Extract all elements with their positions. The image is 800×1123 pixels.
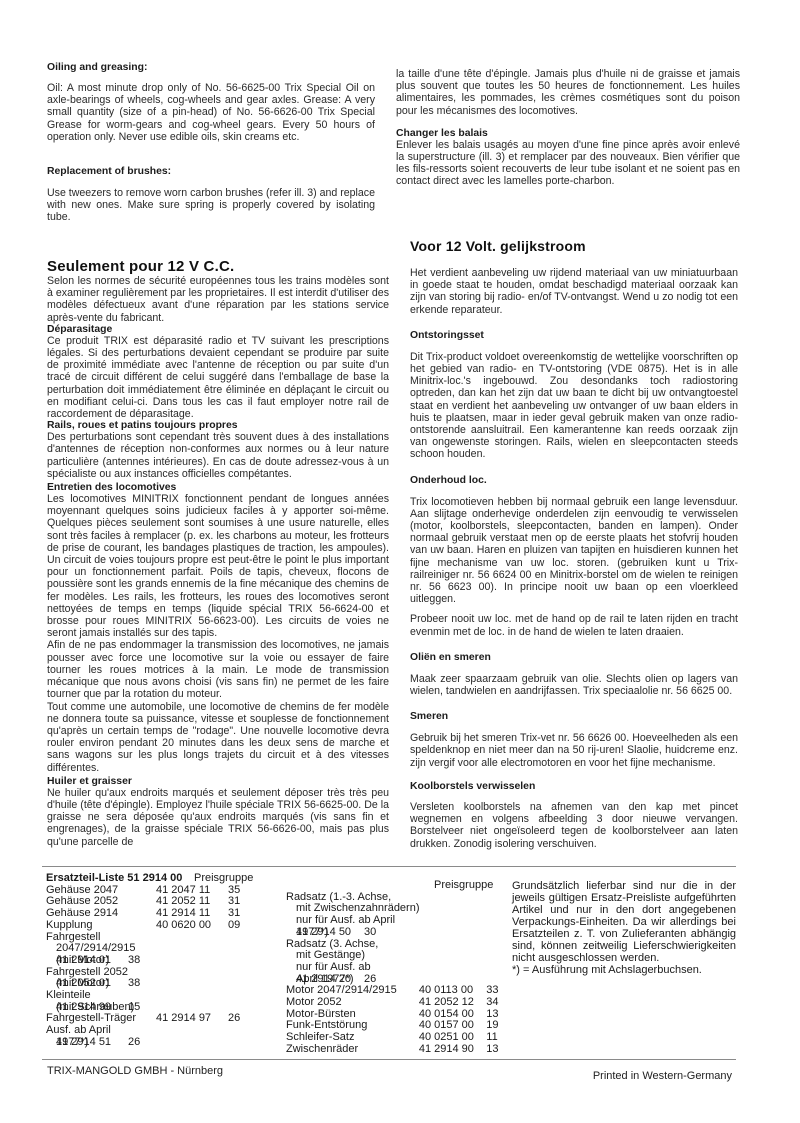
huiler-continuation-text: la taille d'une tête d'épingle. Jamais p… (396, 68, 740, 117)
part-name: Kupplung (46, 920, 156, 932)
dutch-title: Voor 12 Volt. gelijkstroom (410, 238, 738, 254)
parts-table-row: Ausf. ab April1977*)41 2914 5126 (46, 1025, 276, 1048)
part-name-continued: 1977*) (46, 1037, 56, 1049)
entretien-text-1: Les locomotives MINITRIX fonctionnent pe… (47, 493, 389, 639)
part-number: 41 2052 12 (419, 997, 482, 1009)
parts-footnote: *) = Ausführung mit Achslagerbuchsen. (512, 964, 736, 976)
entretien-text-2: Afin de ne pas endommager la transmissio… (47, 639, 389, 700)
dutch-intro: Het verdient aanbeveling uw rijdend mate… (410, 267, 738, 316)
part-name: Motor 2052 (286, 997, 419, 1009)
balais-heading: Changer les balais (396, 128, 740, 139)
olien-text: Maak zeer spaarzaam gebruik van olie. Sl… (410, 673, 738, 697)
brushes-heading: Replacement of brushes: (47, 166, 375, 177)
koolborstels-text: Versleten koolborstels na afnemen van de… (410, 801, 738, 850)
footer-company: TRIX-MANGOLD GMBH - Nürnberg (47, 1065, 223, 1077)
brushes-text: Use tweezers to remove worn carbon brush… (47, 187, 375, 224)
parts-table-row: Zwischenräder41 2914 9013 (286, 1044, 516, 1056)
part-name-continued: (mit Motor) (46, 955, 56, 967)
price-group: 13 (482, 1044, 516, 1056)
entretien-text-3: Tout comme une automobile, une locomotiv… (47, 701, 389, 774)
part-name-continued: 1977*) (286, 927, 296, 939)
parts-table-row: Kupplung40 0620 0009 (46, 920, 276, 932)
onderhoud-heading: Onderhoud loc. (410, 475, 738, 486)
huiler-heading: Huiler et graisser (47, 776, 389, 787)
parts-table-row: Radsatz (1.-3. Achse,mit Zwischenzahnräd… (286, 892, 516, 939)
parts-note-block: Grundsätzlich lieferbar sind nur die in … (512, 880, 736, 976)
divider-bottom (42, 1059, 736, 1060)
price-group: 38 (123, 978, 158, 990)
parts-list-title: Ersatzteil-Liste 51 2914 00 (46, 873, 194, 885)
deparasitage-heading: Déparasitage (47, 324, 389, 335)
part-number: 41 2914 90 (419, 1044, 482, 1056)
part-number: 41 2914 01 (56, 955, 123, 967)
rails-text: Des perturbations sont cependant très so… (47, 431, 389, 480)
part-number: 41 2914 50 (296, 927, 360, 939)
part-name: Kleinteile (46, 990, 156, 1002)
price-group-label-right: Preisgruppe (434, 880, 493, 892)
part-name-continued: nur für Ausf. ab (286, 962, 420, 974)
koolborstels-heading: Koolborstels verwisselen (410, 781, 738, 792)
divider-top (42, 866, 736, 867)
price-group: 26 (223, 1013, 258, 1025)
price-group: 38 (123, 955, 158, 967)
price-group: 34 (482, 997, 516, 1009)
huiler-text: Ne huiler qu'aux endroits marqués et seu… (47, 787, 389, 848)
part-number: 41 2914 97 (156, 1013, 223, 1025)
parts-list-right: Preisgruppe Radsatz (1.-3. Achse,mit Zwi… (286, 880, 516, 1056)
parts-table-row: Fahrgestell 2052(mit Motor)41 2052 0138 (46, 967, 276, 990)
onderhoud-text-2: Probeer nooit uw loc. met de hand op de … (410, 613, 738, 637)
parts-rows-left: Gehäuse 204741 2047 1135Gehäuse 205241 2… (46, 885, 276, 1049)
parts-availability-note: Grundsätzlich lieferbar sind nur die in … (512, 880, 736, 964)
price-group: 26 (123, 1037, 158, 1049)
oiling-heading: Oiling and greasing: (47, 62, 375, 73)
smeren-text: Gebruik bij het smeren Trix-vet nr. 56 6… (410, 732, 738, 769)
olien-heading: Oliën en smeren (410, 652, 738, 663)
onderhoud-text-1: Trix locomotieven hebben bij normaal geb… (410, 496, 738, 606)
french-intro: Selon les normes de sécurité européennes… (47, 275, 389, 324)
price-group: 09 (223, 920, 258, 932)
french-section: Seulement pour 12 V C.C. Selon les norme… (47, 258, 389, 848)
part-name: Zwischenräder (286, 1044, 419, 1056)
parts-rows-right: Radsatz (1.-3. Achse,mit Zwischenzahnräd… (286, 892, 516, 1056)
balais-text: Enlever les balais usagés au moyen d'une… (396, 139, 740, 188)
deparasitage-text: Ce produit TRIX est déparasité radio et … (47, 335, 389, 420)
price-group-label: Preisgruppe (194, 873, 253, 885)
entretien-heading: Entretien des locomotives (47, 482, 389, 493)
ontstoring-heading: Ontstoringsset (410, 330, 738, 341)
dutch-section: Voor 12 Volt. gelijkstroom Het verdient … (410, 238, 738, 850)
footer-printed: Printed in Western-Germany (593, 1070, 732, 1082)
french-title: Seulement pour 12 V C.C. (47, 258, 389, 275)
english-section: Oiling and greasing: Oil: A most minute … (47, 62, 375, 224)
french-continuation: la taille d'une tête d'épingle. Jamais p… (396, 68, 740, 188)
parts-table-row: Motor 205241 2052 1234 (286, 997, 516, 1009)
smeren-heading: Smeren (410, 711, 738, 722)
part-number: 40 0620 00 (156, 920, 223, 932)
parts-table-row: Radsatz (3. Achse,mit Gestänge)nur für A… (286, 939, 516, 986)
price-group: 30 (360, 927, 394, 939)
oiling-text: Oil: A most minute drop only of No. 56-6… (47, 82, 375, 143)
parts-table-row: Kleinteile(mit Schrauben)41 2914 9915 (46, 990, 276, 1013)
rails-heading: Rails, roues et patins toujours propres (47, 420, 389, 431)
part-number: 41 2914 51 (56, 1037, 123, 1049)
parts-list-left: Ersatzteil-Liste 51 2914 00 Preisgruppe … (46, 873, 276, 1049)
ontstoring-text: Dit Trix-product voldoet overeenkomstig … (410, 351, 738, 461)
parts-table-row: Fahrgestell2047/2914/2915(mit Motor)41 2… (46, 932, 276, 967)
